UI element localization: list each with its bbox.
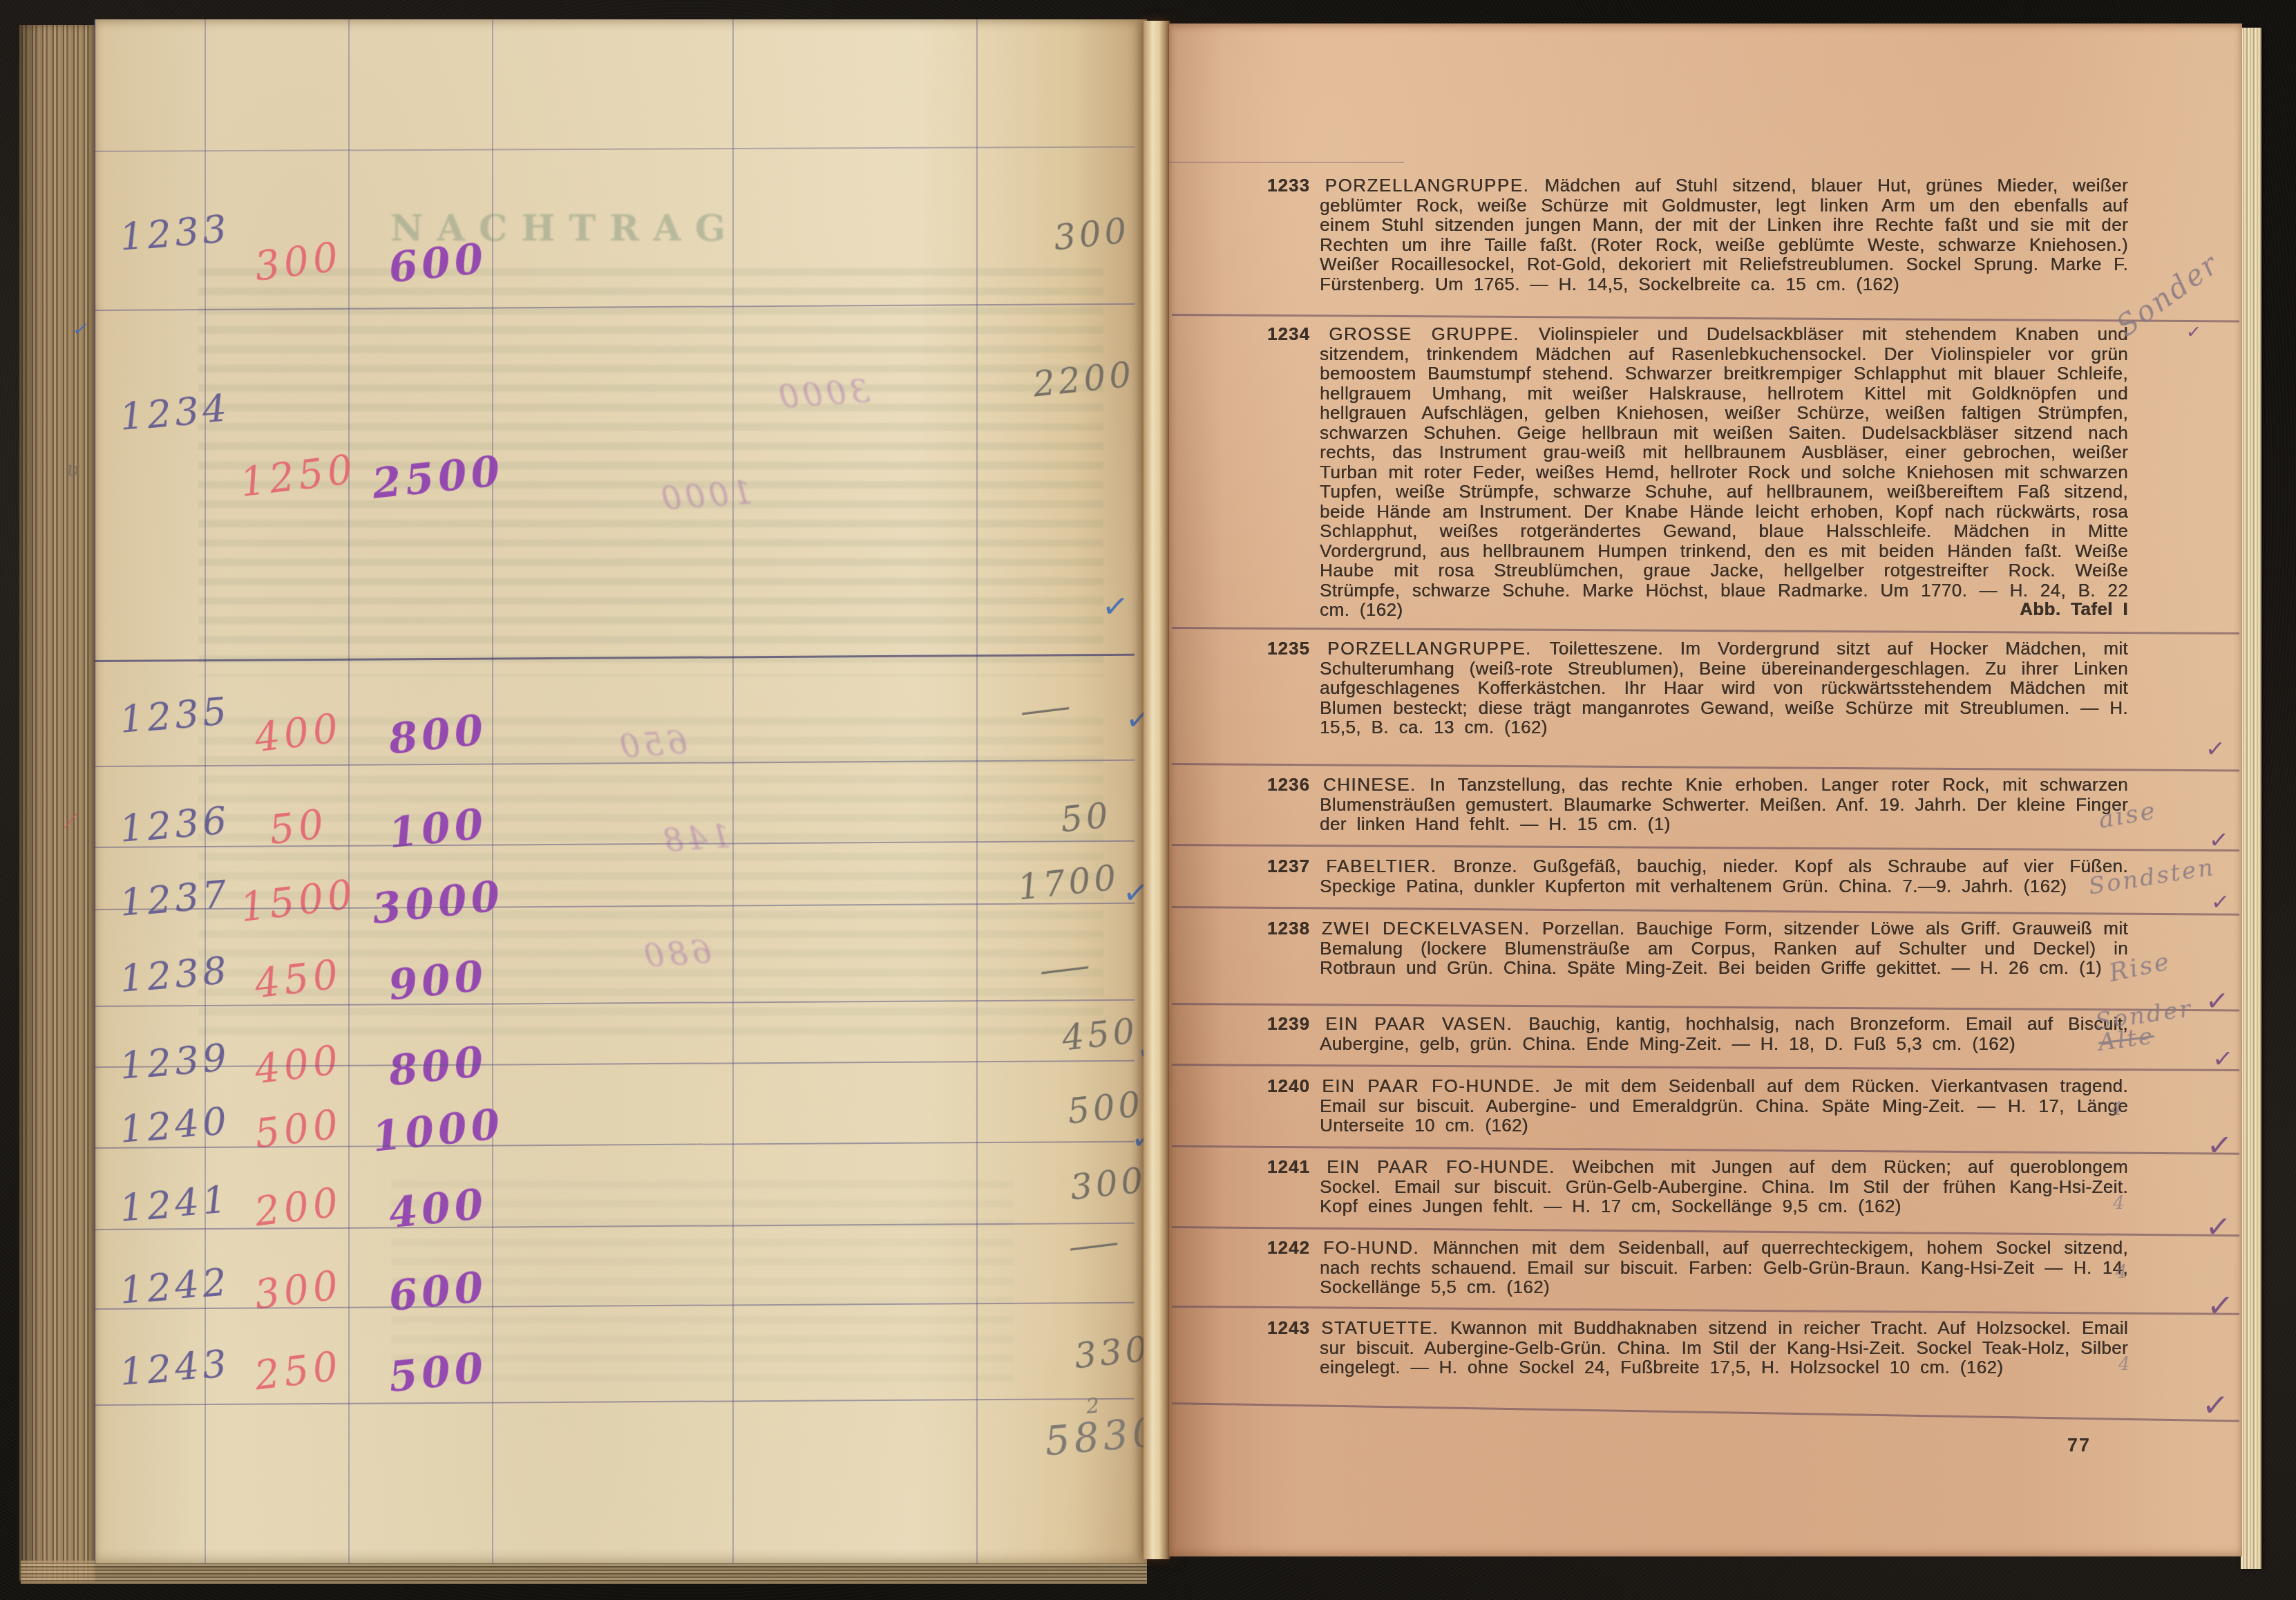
result-value: —: [1065, 1221, 1127, 1268]
violet-checkmark: ✓: [2204, 985, 2230, 1018]
blue-checkmark: ✓: [1100, 586, 1130, 626]
entry-separator-line: [1172, 844, 2239, 851]
entry-lot-number: 1237: [1267, 856, 1326, 876]
entry-lot-number: 1238: [1267, 918, 1322, 939]
margin-small-mark: 4: [2111, 1099, 2125, 1120]
blue-checkmark: ✓: [72, 319, 87, 340]
entry-separator-line: [1172, 314, 2239, 322]
entry-separator-line: [1172, 627, 2239, 634]
entry-separator-line: [1172, 1402, 2239, 1422]
entry-body: 1239 EIN PAAR VASEN. Bauchig, kantig, ho…: [1267, 1014, 2128, 1053]
catalog-entry: 1239 EIN PAAR VASEN. Bauchig, kantig, ho…: [1267, 1014, 2128, 1053]
bottom-page-edge-stack: [21, 1561, 1147, 1584]
catalog-entry: 1242 FO-HUND. Männchen mit dem Seidenbal…: [1267, 1238, 2128, 1297]
violet-checkmark: ✓: [2208, 826, 2230, 855]
entry-title: EIN PAAR VASEN.: [1325, 1013, 1528, 1034]
result-value: —: [1017, 685, 1079, 732]
catalog-page: 1233 PORZELLANGRUPPE. Mädchen auf Stuhl …: [1169, 23, 2242, 1556]
catalog-entry: 1243 STATUETTE. Kwannon mit Buddhaknaben…: [1267, 1318, 2128, 1377]
entry-body: 1238 ZWEI DECKELVASEN. Porzellan. Bauchi…: [1267, 919, 2128, 978]
entry-lot-number: 1243: [1267, 1317, 1321, 1338]
ledger-top-rule: [95, 146, 1135, 152]
catalog-entry: 1238 ZWEI DECKELVASEN. Porzellan. Bauchi…: [1267, 919, 2128, 978]
separator-line: [1169, 162, 1404, 163]
entry-lot-number: 1239: [1267, 1013, 1325, 1034]
entry-lot-number: 1236: [1267, 774, 1323, 795]
catalog-entry: 1241 EIN PAAR FO-HUNDE. Weibchen mit Jun…: [1267, 1157, 2128, 1216]
entry-separator-line: [1172, 906, 2239, 916]
result-value: —: [1036, 944, 1098, 991]
entry-body: 1234 GROSSE GRUPPE. Violinspieler und Du…: [1267, 324, 2128, 620]
entry-body: 1242 FO-HUND. Männchen mit dem Seidenbal…: [1267, 1238, 2128, 1297]
result-value: 300: [1052, 210, 1132, 258]
entry-separator-line: [1172, 763, 2239, 771]
violet-checkmark: ✓: [2205, 735, 2226, 764]
entry-body: 1236 CHINESE. In Tanzstellung, das recht…: [1267, 775, 2128, 834]
entry-separator-line: [1172, 1306, 2239, 1315]
entry-body: 1233 PORZELLANGRUPPE. Mädchen auf Stuhl …: [1267, 176, 2128, 294]
result-value: 300: [1068, 1160, 1148, 1207]
entry-title: FO-HUND.: [1323, 1237, 1433, 1258]
margin-small-mark: 4: [2116, 1262, 2129, 1283]
violet-checkmark: ✓: [2204, 1209, 2232, 1245]
ledger-grid-vline: [95, 19, 96, 1563]
margin-small-mark: 4: [2118, 1354, 2132, 1375]
red-tick: ⁄: [69, 810, 73, 833]
entry-title: ZWEI DECKELVASEN.: [1322, 918, 1542, 939]
entry-lot-number: 1242: [1267, 1237, 1323, 1258]
ledger-grid-vline: [732, 19, 734, 1563]
entry-separator-line: [1172, 1145, 2239, 1155]
left-page-edge-stack: [19, 25, 95, 1581]
catalog-entry: 1237 FABELTIER. Bronze. Gußgefäß, bauchi…: [1267, 856, 2128, 896]
total-superscript: 2: [1085, 1393, 1105, 1419]
entry-body: 1241 EIN PAAR FO-HUNDE. Weibchen mit Jun…: [1267, 1157, 2128, 1216]
entry-title: EIN PAAR FO-HUNDE.: [1322, 1075, 1553, 1096]
book-gutter: [1144, 21, 1170, 1559]
violet-checkmark: ✓: [2201, 1386, 2230, 1425]
bleedthrough-number: 1000: [656, 473, 754, 517]
entry-separator-line: [1172, 1003, 2239, 1011]
entry-body: 1240 EIN PAAR FO-HUNDE. Je mit dem Seide…: [1267, 1076, 2128, 1136]
entry-title: PORZELLANGRUPPE.: [1325, 175, 1545, 196]
entry-lot-number: 1234: [1267, 323, 1329, 344]
violet-checkmark: ✓: [2205, 1127, 2233, 1164]
violet-checkmark: ✓: [2212, 1044, 2235, 1074]
catalog-entry: 1240 EIN PAAR FO-HUNDE. Je mit dem Seide…: [1267, 1076, 2128, 1136]
violet-checkmark: ✓: [2210, 888, 2230, 916]
entry-lot-number: 1241: [1267, 1156, 1327, 1177]
result-value: 50: [1059, 795, 1113, 840]
entry-title: CHINESE.: [1323, 774, 1430, 795]
pencil-squiggle: ʋ: [66, 458, 79, 482]
entry-title: EIN PAAR FO-HUNDE.: [1327, 1156, 1572, 1177]
entry-separator-line: [1172, 1226, 2239, 1236]
entry-lot-number: 1235: [1267, 638, 1327, 659]
entry-lot-number: 1233: [1267, 175, 1325, 196]
result-value: 330: [1072, 1328, 1152, 1376]
catalog-entry: 1236 CHINESE. In Tanzstellung, das recht…: [1267, 775, 2128, 834]
bleedthrough-number: 650: [615, 723, 688, 765]
entry-lot-number: 1240: [1267, 1075, 1322, 1096]
catalog-entry: 1234 GROSSE GRUPPE. Violinspieler und Du…: [1267, 324, 2128, 620]
catalog-entry: 1233 PORZELLANGRUPPE. Mädchen auf Stuhl …: [1267, 176, 2128, 294]
entry-title: PORZELLANGRUPPE.: [1327, 638, 1549, 659]
book-spread: NACHTRAG 12333006003001234125025002200✓1…: [0, 0, 2296, 1600]
entry-body: 1243 STATUETTE. Kwannon mit Buddhaknaben…: [1267, 1318, 2128, 1377]
bleedthrough-number: 3000: [774, 372, 871, 415]
entry-separator-line: [1172, 1064, 2239, 1071]
plate-reference: Abb. Tafel I: [2020, 599, 2128, 619]
bleedthrough-number: 680: [639, 932, 712, 975]
violet-checkmark: ✓: [2205, 1286, 2235, 1326]
ledger-grid-vline: [976, 19, 978, 1563]
entry-title: FABELTIER.: [1326, 856, 1453, 876]
right-page-edge-stack: [2241, 28, 2261, 1569]
violet-checkmark: ✓: [2185, 321, 2202, 343]
margin-small-mark: 4: [2113, 1193, 2127, 1214]
entry-body: 1235 PORZELLANGRUPPE. Toiletteszene. Im …: [1267, 639, 2128, 737]
entry-body: 1237 FABELTIER. Bronze. Gußgefäß, bauchi…: [1267, 856, 2128, 896]
page-number: 77: [2067, 1435, 2091, 1456]
ledger-page: NACHTRAG 12333006003001234125025002200✓1…: [95, 19, 1147, 1563]
entry-title: GROSSE GRUPPE.: [1329, 323, 1539, 344]
entry-title: STATUETTE.: [1321, 1317, 1450, 1338]
margin-note: Alte: [2097, 1022, 2156, 1057]
result-value: 450: [1060, 1010, 1140, 1058]
catalog-entry: 1235 PORZELLANGRUPPE. Toiletteszene. Im …: [1267, 639, 2128, 737]
bleedthrough-number: 148: [658, 817, 732, 859]
